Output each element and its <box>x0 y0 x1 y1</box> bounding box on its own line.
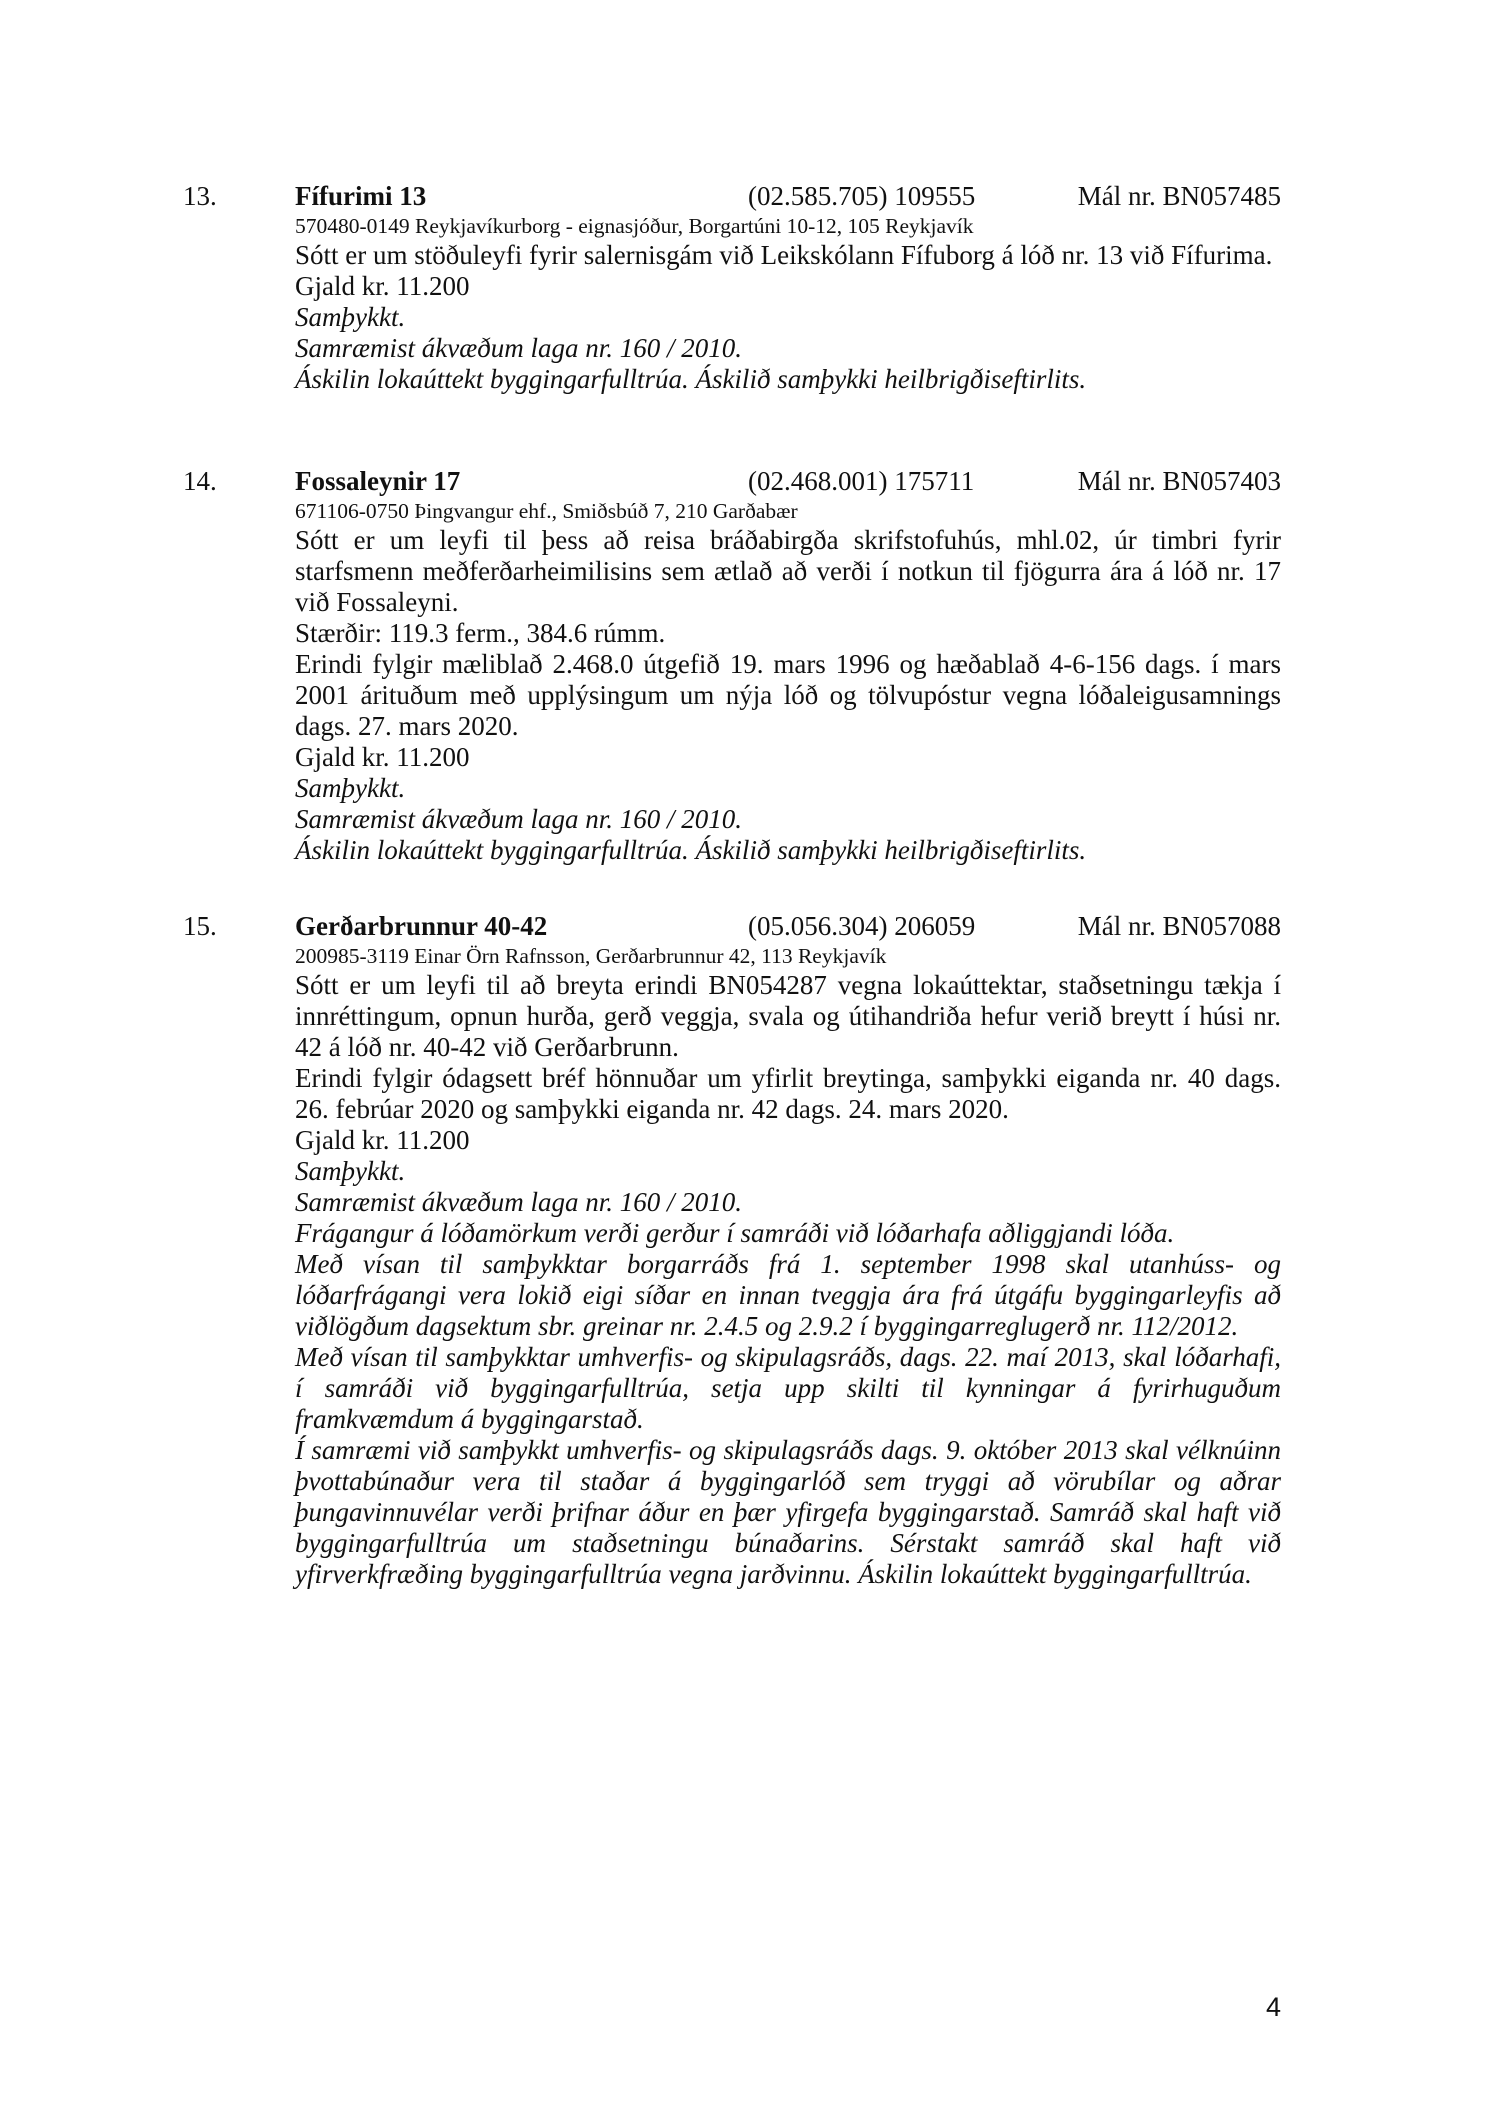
case-paragraph: Gjald kr. 11.200 <box>295 1125 1281 1156</box>
decision-note: Samþykkt. <box>295 773 1281 804</box>
decision-note: Með vísan til samþykktar umhverfis- og s… <box>295 1342 1281 1435</box>
case-paragraph: Sótt er um leyfi til þess að reisa bráða… <box>295 525 1281 618</box>
case-applicant: 570480-0149 Reykjavíkurborg - eignasjóðu… <box>295 213 1281 240</box>
case-header: 15. Gerðarbrunnur 40-42 (05.056.304) 206… <box>183 910 1281 942</box>
document-page: 13. Fífurimi 13 (02.585.705) 109555 Mál … <box>0 0 1500 2122</box>
decision-note: Samræmist ákvæðum laga nr. 160 / 2010. <box>295 333 1281 364</box>
page-number: 4 <box>1266 1992 1281 2023</box>
case-paragraph: Sótt er um stöðuleyfi fyrir salernisgám … <box>295 240 1281 271</box>
case-file-number: Mál nr. BN057485 <box>1078 180 1281 212</box>
case-paragraphs: Sótt er um leyfi til að breyta erindi BN… <box>295 970 1281 1590</box>
decision-note: Áskilin lokaúttekt byggingarfulltrúa. Ás… <box>295 364 1281 395</box>
decision-note: Með vísan til samþykktar borgarráðs frá … <box>295 1249 1281 1342</box>
case-entry: 15. Gerðarbrunnur 40-42 (05.056.304) 206… <box>183 910 1281 1590</box>
case-paragraph: Stærðir: 119.3 ferm., 384.6 rúmm. <box>295 618 1281 649</box>
case-title: Gerðarbrunnur 40-42 <box>295 910 547 942</box>
case-paragraph: Gjald kr. 11.200 <box>295 271 1281 302</box>
case-paragraphs: Sótt er um leyfi til þess að reisa bráða… <box>295 525 1281 866</box>
decision-note: Frágangur á lóðamörkum verði gerður í sa… <box>295 1218 1281 1249</box>
case-number: 14. <box>183 465 217 497</box>
case-header: 13. Fífurimi 13 (02.585.705) 109555 Mál … <box>183 180 1281 212</box>
case-file-number: Mál nr. BN057403 <box>1078 465 1281 497</box>
case-number: 15. <box>183 910 217 942</box>
decision-note: Samþykkt. <box>295 1156 1281 1187</box>
case-paragraph: Erindi fylgir ódagsett bréf hönnuðar um … <box>295 1063 1281 1125</box>
case-paragraphs: Sótt er um stöðuleyfi fyrir salernisgám … <box>295 240 1281 395</box>
case-title: Fífurimi 13 <box>295 180 426 212</box>
case-entry: 13. Fífurimi 13 (02.585.705) 109555 Mál … <box>183 180 1281 395</box>
decision-note: Áskilin lokaúttekt byggingarfulltrúa. Ás… <box>295 835 1281 866</box>
case-paragraph: Erindi fylgir mæliblað 2.468.0 útgefið 1… <box>295 649 1281 742</box>
decision-note: Samræmist ákvæðum laga nr. 160 / 2010. <box>295 1187 1281 1218</box>
case-lot-number: (02.585.705) 109555 <box>748 180 975 212</box>
decision-note: Samræmist ákvæðum laga nr. 160 / 2010. <box>295 804 1281 835</box>
decision-note: Í samræmi við samþykkt umhverfis- og ski… <box>295 1435 1281 1590</box>
case-entry: 14. Fossaleynir 17 (02.468.001) 175711 M… <box>183 465 1281 866</box>
case-lot-number: (02.468.001) 175711 <box>748 465 974 497</box>
case-header: 14. Fossaleynir 17 (02.468.001) 175711 M… <box>183 465 1281 497</box>
case-body: 570480-0149 Reykjavíkurborg - eignasjóðu… <box>295 213 1281 395</box>
case-body: 671106-0750 Þingvangur ehf., Smiðsbúð 7,… <box>295 498 1281 866</box>
case-file-number: Mál nr. BN057088 <box>1078 910 1281 942</box>
case-body: 200985-3119 Einar Örn Rafnsson, Gerðarbr… <box>295 943 1281 1590</box>
case-applicant: 200985-3119 Einar Örn Rafnsson, Gerðarbr… <box>295 943 1281 970</box>
case-applicant: 671106-0750 Þingvangur ehf., Smiðsbúð 7,… <box>295 498 1281 525</box>
case-number: 13. <box>183 180 217 212</box>
case-paragraph: Sótt er um leyfi til að breyta erindi BN… <box>295 970 1281 1063</box>
case-paragraph: Gjald kr. 11.200 <box>295 742 1281 773</box>
case-title: Fossaleynir 17 <box>295 465 460 497</box>
case-lot-number: (05.056.304) 206059 <box>748 910 975 942</box>
decision-note: Samþykkt. <box>295 302 1281 333</box>
